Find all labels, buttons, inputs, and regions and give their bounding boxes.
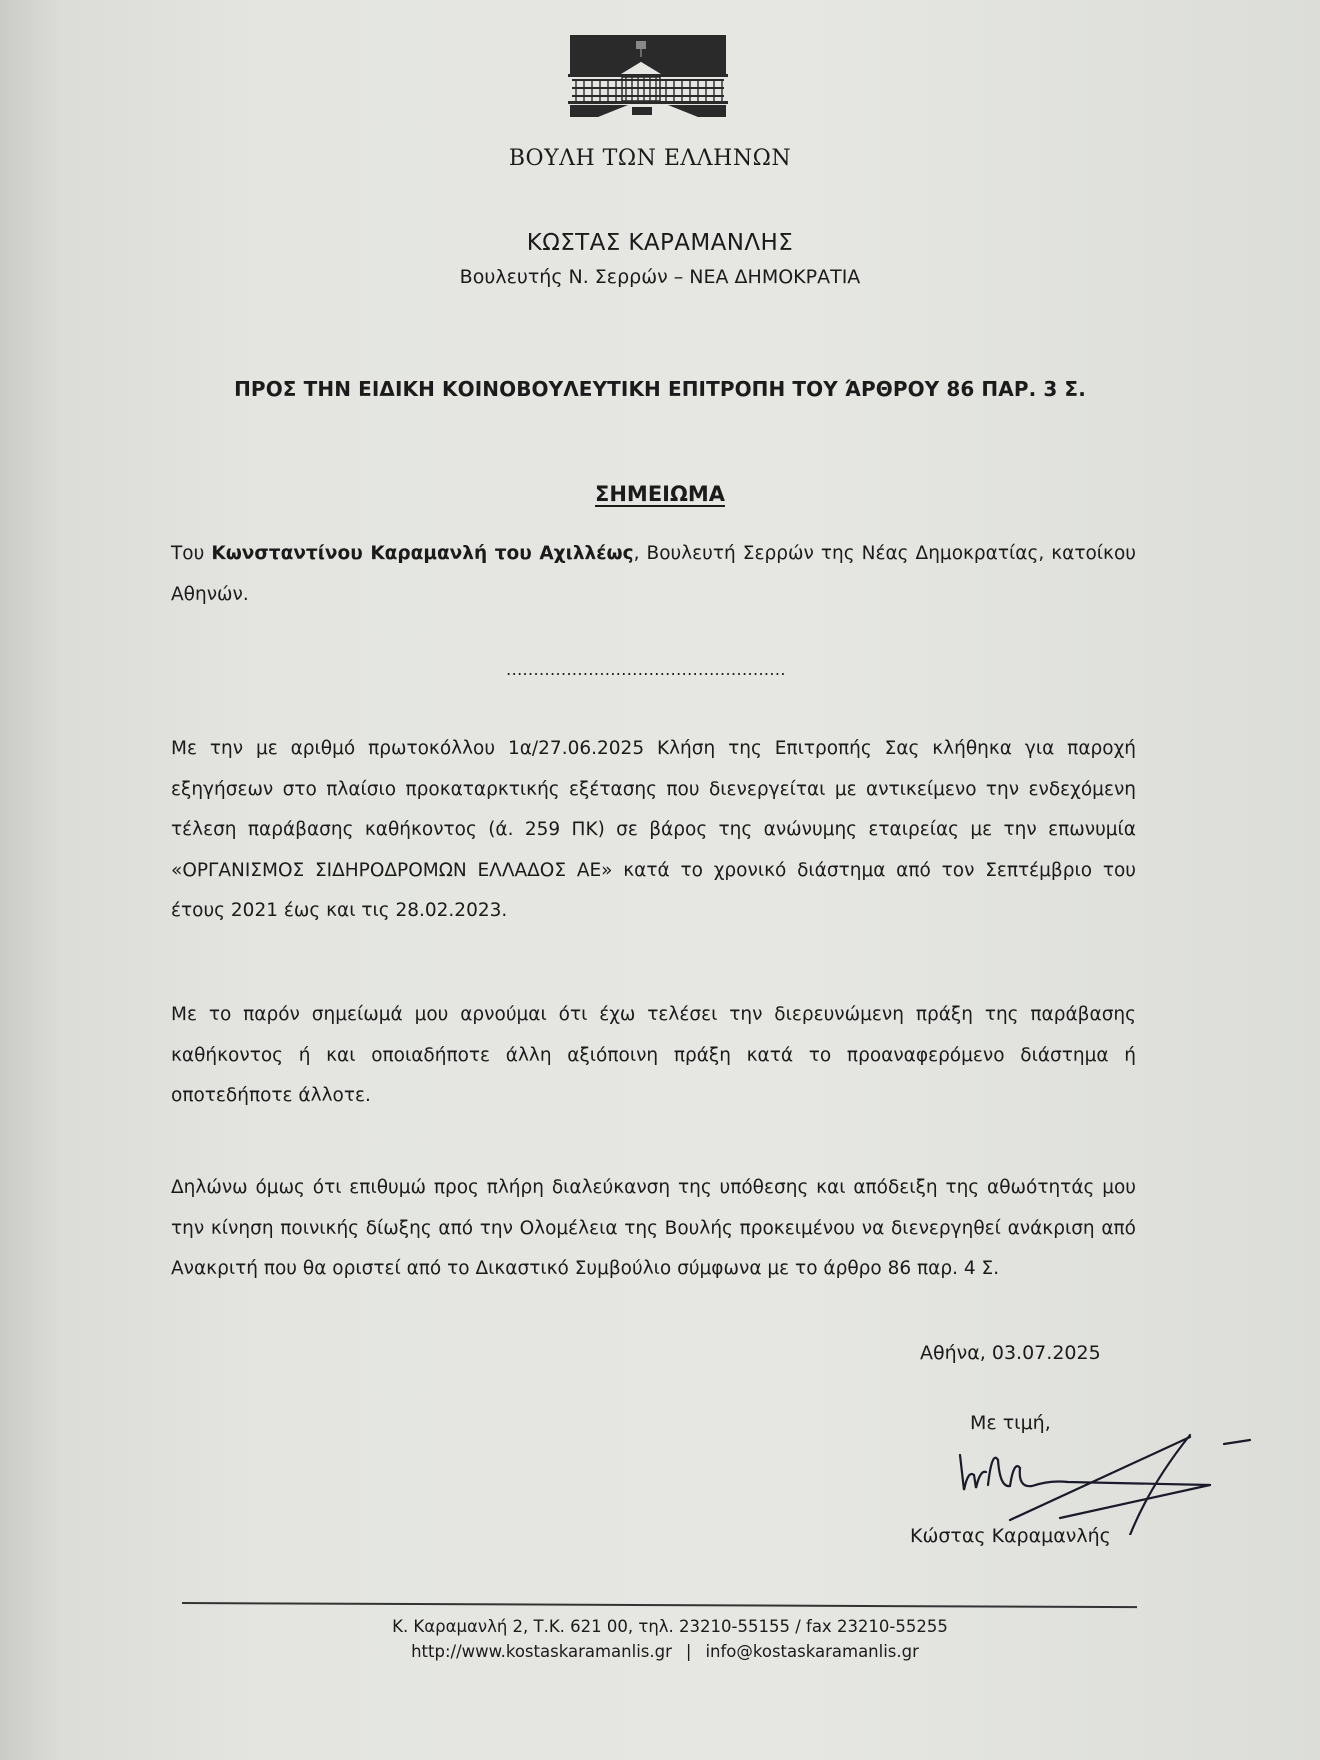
footer-separator: | — [686, 1642, 692, 1661]
signer-name: Κώστας Καραμανλής — [910, 1525, 1111, 1547]
body-paragraph-1: Με την με αριθμό πρωτοκόλλου 1α/27.06.20… — [171, 729, 1136, 932]
intro-bold-name: Κωνσταντίνου Καραμανλή του Αχιλλέως — [211, 543, 633, 564]
recipient-line: ΠΡΟΣ ΤΗΝ ΕΙΔΙΚΗ ΚΟΙΝΟΒΟΥΛΕΥΤΙΚΗ ΕΠΙΤΡΟΠΗ… — [0, 377, 1320, 401]
dotted-separator: ........................................… — [496, 660, 796, 679]
footer-divider — [182, 1602, 1137, 1608]
document-page: ΒΟΥΛΗ ΤΩΝ ΕΛΛΗΝΩΝ ΚΩΣΤΑΣ ΚΑΡΑΜΑΝΛΗΣ Βουλ… — [0, 0, 1320, 1760]
intro-paragraph: Του Κωνσταντίνου Καραμανλή του Αχιλλέως,… — [171, 534, 1136, 615]
hellenic-parliament-logo-icon — [568, 35, 728, 117]
intro-prefix: Του — [171, 543, 211, 564]
institution-name: ΒΟΥΛΗ ΤΩΝ ΕΛΛΗΝΩΝ — [500, 146, 800, 171]
footer-website-link[interactable]: http://www.kostaskaramanlis.gr — [411, 1642, 672, 1661]
handwritten-signature-icon — [950, 1430, 1280, 1535]
footer-contacts: http://www.kostaskaramanlis.gr|info@kost… — [0, 1642, 1320, 1661]
body-paragraph-3: Δηλώνω όμως ότι επιθυμώ προς πλήρη διαλε… — [171, 1168, 1136, 1290]
page-shadow — [0, 0, 60, 1760]
document-title: ΣΗΜΕΙΩΜΑ — [0, 482, 1320, 506]
place-date: Αθήνα, 03.07.2025 — [920, 1342, 1101, 1364]
body-paragraph-2: Με το παρόν σημείωμά μου αρνούμαι ότι έχ… — [171, 995, 1136, 1117]
footer-email-link[interactable]: info@kostaskaramanlis.gr — [705, 1642, 918, 1661]
author-role: Βουλευτής Ν. Σερρών – ΝΕΑ ΔΗΜΟΚΡΑΤΙΑ — [0, 266, 1320, 288]
author-name-heading: ΚΩΣΤΑΣ ΚΑΡΑΜΑΝΛΗΣ — [0, 230, 1320, 256]
footer-address: Κ. Καραμανλή 2, Τ.Κ. 621 00, τηλ. 23210-… — [0, 1617, 1320, 1636]
